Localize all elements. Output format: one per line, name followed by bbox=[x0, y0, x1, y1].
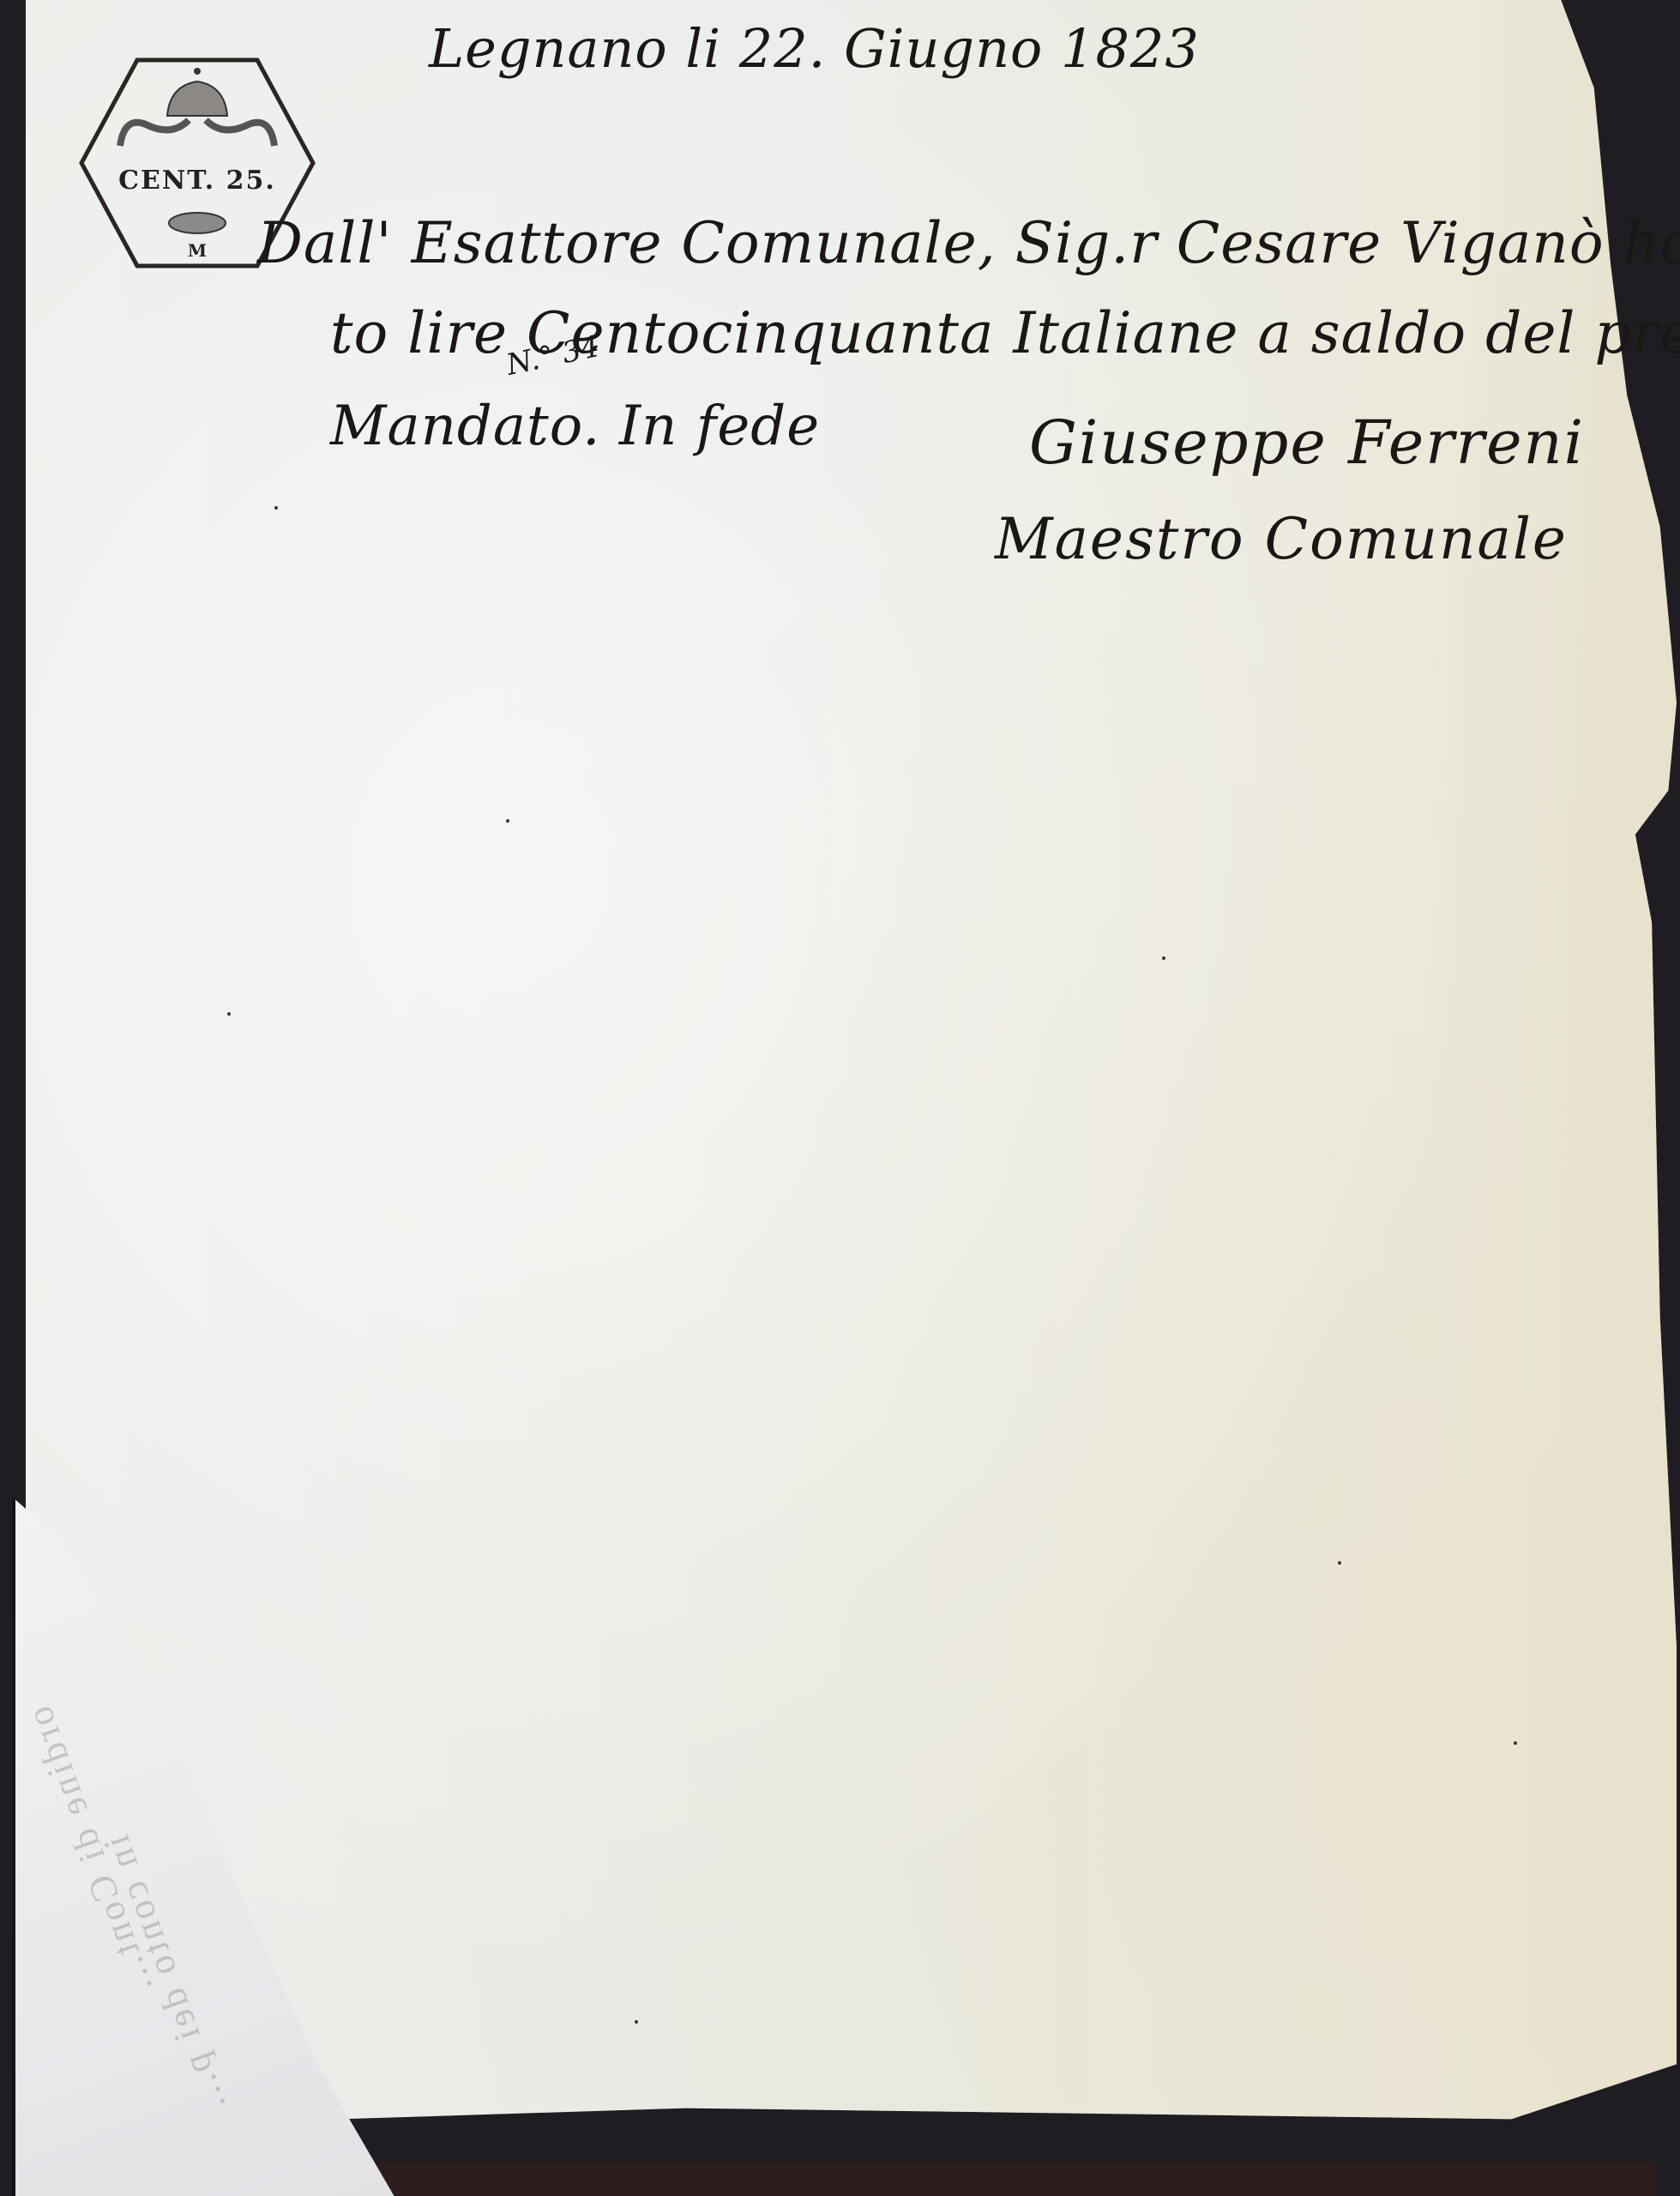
torn-bottom-edge bbox=[232, 2162, 1655, 2196]
paper-speck bbox=[274, 506, 278, 510]
seal-icon bbox=[169, 213, 226, 233]
paper-speck bbox=[227, 1012, 231, 1016]
place-date: Legnano li 22. Giugno 1823 bbox=[429, 17, 1200, 80]
paper-speck bbox=[635, 2020, 638, 2024]
paper-speck bbox=[1162, 956, 1165, 960]
paper-speck bbox=[1338, 1561, 1341, 1565]
body-line-3: Mandato. In fede bbox=[330, 395, 820, 458]
paper-speck bbox=[1514, 1741, 1517, 1745]
stamp-denomination: CENT. 25. bbox=[77, 166, 317, 196]
paper-speck bbox=[506, 819, 509, 823]
crown-icon bbox=[120, 68, 274, 146]
signature-title: Maestro Comunale bbox=[995, 506, 1568, 572]
signature-name: Giuseppe Ferreni bbox=[1029, 407, 1585, 478]
body-line-1: Dall' Esattore Comunale, Sig.r Cesare Vi… bbox=[257, 210, 1680, 276]
